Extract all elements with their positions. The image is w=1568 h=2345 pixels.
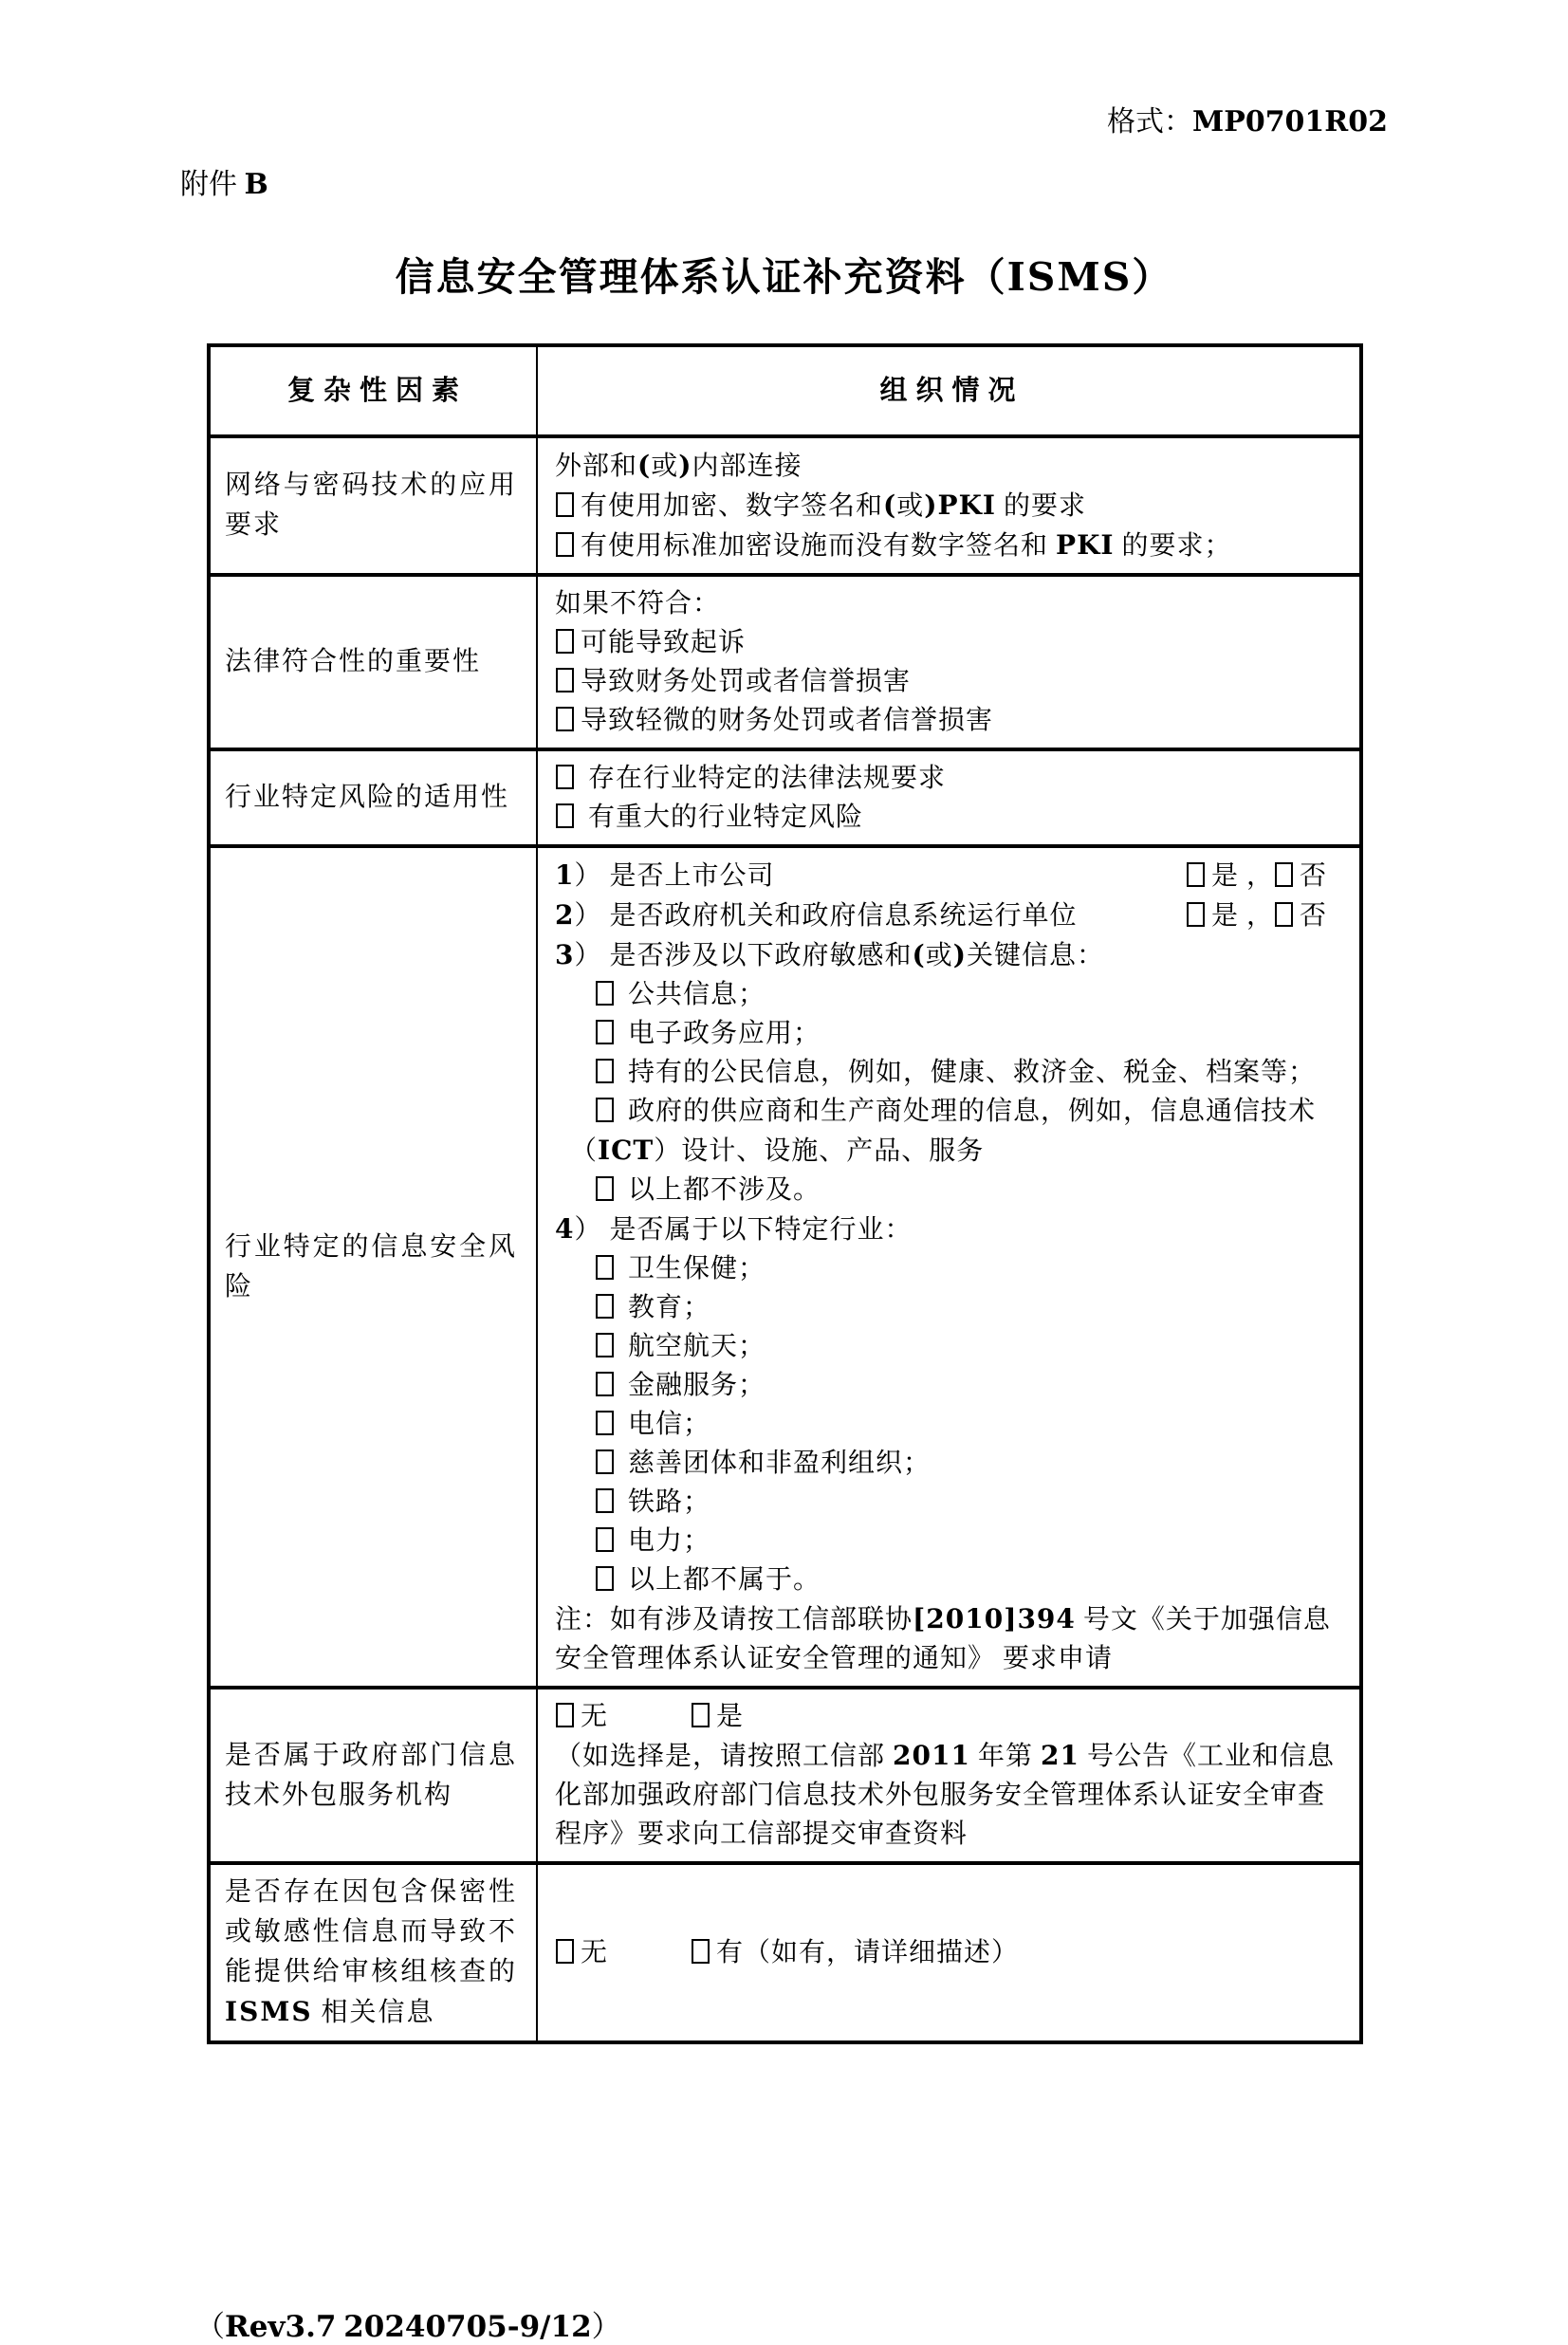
cell-line: 如果不符合： — [555, 584, 1340, 623]
table-row: 行业特定风险的适用性 存在行业特定的法律法规要求 有重大的行业特定风险 — [211, 748, 1359, 844]
table-header-row: 复杂性因素 组织情况 — [211, 347, 1359, 434]
line-text: 铁路； — [595, 1483, 710, 1522]
checkbox-icon — [1187, 902, 1205, 927]
factor-cell: 是否存在因包含保密性或敏感性信息而导致不能提供给审核组核查的 ISMS 相关信息 — [211, 1865, 538, 2040]
line-text: 有重大的行业特定风险 — [555, 798, 863, 837]
line-text: 慈善团体和非盈利组织； — [595, 1444, 931, 1483]
line-text: 无 有（如有，请详细描述） — [555, 1933, 1019, 1972]
checkbox-icon — [596, 981, 614, 1006]
checkbox-icon — [1275, 902, 1293, 927]
header-organization-situation: 组织情况 — [538, 347, 1359, 434]
line-text: 政府的供应商和生产商处理的信息，例如，信息通信技术 — [595, 1092, 1316, 1131]
factor-cell: 行业特定的信息安全风险 — [211, 848, 538, 1686]
yes-no-options: 是 ，否 — [1186, 857, 1340, 896]
cell-line: 铁路； — [555, 1483, 1340, 1522]
factor-cell: 网络与密码技术的应用要求 — [211, 438, 538, 573]
line-text: 金融服务； — [595, 1366, 766, 1405]
cell-line: 有使用标准加密设施而没有数字签名和 PKI 的要求； — [555, 526, 1340, 565]
factor-cell: 行业特定风险的适用性 — [211, 751, 538, 844]
cell-line: 1） 是否上市公司是 ，否 — [555, 856, 1340, 896]
checkbox-icon — [596, 1488, 614, 1513]
cell-line: 无 是 — [555, 1697, 1340, 1736]
factor-label: 是否属于政府部门信息技术外包服务机构 — [225, 1736, 517, 1816]
line-text: 有使用标准加密设施而没有数字签名和 PKI 的要求； — [555, 526, 1232, 565]
checkbox-icon — [556, 1703, 574, 1727]
checkbox-icon — [596, 1176, 614, 1201]
line-text: 4） 是否属于以下特定行业： — [555, 1209, 913, 1249]
header-complexity-factor: 复杂性因素 — [211, 347, 538, 434]
factor-label: 法律符合性的重要性 — [225, 642, 517, 682]
line-text: 电力； — [595, 1522, 710, 1560]
line-text: 1） 是否上市公司 — [555, 856, 775, 896]
cell-line: （如选择是，请按照工信部 2011 年第 21 号公告《工业和信息化部加强政府部… — [555, 1736, 1340, 1854]
checkbox-icon — [556, 803, 574, 828]
line-text: 电子政务应用； — [595, 1014, 821, 1053]
organization-cell: 如果不符合：可能导致起诉导致财务处罚或者信誉损害导致轻微的财务处罚或者信誉损害 — [538, 577, 1359, 748]
cell-line: 导致轻微的财务处罚或者信誉损害 — [555, 701, 1340, 740]
cell-line: 慈善团体和非盈利组织； — [555, 1444, 1340, 1483]
revision-footer: （Rev3.7 20240705-9/12） — [195, 2302, 1568, 2345]
line-text: 以上都不属于。 — [595, 1560, 821, 1599]
checkbox-icon — [596, 1059, 614, 1083]
cell-line: 持有的公民信息，例如，健康、救济金、税金、档案等； — [555, 1053, 1340, 1092]
cell-line: 航空航天； — [555, 1327, 1340, 1366]
checkbox-icon — [556, 492, 574, 517]
line-text: 可能导致起诉 — [555, 623, 746, 662]
checkbox-icon — [556, 629, 574, 654]
yes-no-options: 是 ，否 — [1186, 896, 1340, 935]
checkbox-icon — [1187, 862, 1205, 887]
factor-label: 网络与密码技术的应用要求 — [225, 466, 517, 545]
line-text: 无 是 — [555, 1697, 744, 1736]
factor-label: 行业特定风险的适用性 — [225, 778, 517, 818]
cell-line: 金融服务； — [555, 1366, 1340, 1405]
cell-line: 2） 是否政府机关和政府信息系统运行单位是 ，否 — [555, 896, 1340, 935]
checkbox-icon — [556, 707, 574, 731]
line-text: 导致财务处罚或者信誉损害 — [555, 662, 911, 701]
line-text: 有使用加密、数字签名和(或)PKI 的要求 — [555, 486, 1086, 526]
table-row: 是否存在因包含保密性或敏感性信息而导致不能提供给审核组核查的 ISMS 相关信息… — [211, 1861, 1359, 2040]
factor-cell: 是否属于政府部门信息技术外包服务机构 — [211, 1690, 538, 1861]
organization-cell: 外部和(或)内部连接有使用加密、数字签名和(或)PKI 的要求有使用标准加密设施… — [538, 438, 1359, 573]
checkbox-icon — [1275, 862, 1293, 887]
cell-line: 电信； — [555, 1405, 1340, 1444]
table-row: 网络与密码技术的应用要求外部和(或)内部连接有使用加密、数字签名和(或)PKI … — [211, 434, 1359, 573]
line-text: 如果不符合： — [555, 584, 720, 623]
checkbox-icon — [556, 668, 574, 692]
cell-line: 教育； — [555, 1288, 1340, 1327]
cell-line: 政府的供应商和生产商处理的信息，例如，信息通信技术 — [555, 1092, 1340, 1131]
header-label: 复杂性因素 — [211, 371, 536, 411]
cell-line: 公共信息； — [555, 975, 1340, 1014]
organization-cell: 存在行业特定的法律法规要求 有重大的行业特定风险 — [538, 751, 1359, 844]
table-row: 是否属于政府部门信息技术外包服务机构无 是（如选择是，请按照工信部 2011 年… — [211, 1686, 1359, 1861]
factor-cell: 法律符合性的重要性 — [211, 577, 538, 748]
organization-cell: 无 是（如选择是，请按照工信部 2011 年第 21 号公告《工业和信息化部加强… — [538, 1690, 1359, 1861]
cell-line: 可能导致起诉 — [555, 623, 1340, 662]
line-text: 以上都不涉及。 — [595, 1171, 821, 1209]
checkbox-icon — [596, 1294, 614, 1319]
isms-table: 复杂性因素 组织情况 网络与密码技术的应用要求外部和(或)内部连接有使用加密、数… — [207, 343, 1363, 2044]
checkbox-icon — [692, 1939, 710, 1964]
checkbox-icon — [692, 1703, 710, 1727]
checkbox-icon — [596, 1333, 614, 1357]
cell-line: 有使用加密、数字签名和(或)PKI 的要求 — [555, 486, 1340, 526]
line-text: 3） 是否涉及以下政府敏感和(或)关键信息： — [555, 935, 1104, 975]
checkbox-icon — [596, 1527, 614, 1552]
line-text: 公共信息； — [595, 975, 766, 1014]
organization-cell: 1） 是否上市公司是 ，否2） 是否政府机关和政府信息系统运行单位是 ，否3） … — [538, 848, 1359, 1686]
document-page: 格式：MP0701R02 附件 B 信息安全管理体系认证补充资料（ISMS） 复… — [0, 0, 1568, 2345]
checkbox-icon — [596, 1255, 614, 1280]
line-text: 外部和(或)内部连接 — [555, 446, 802, 486]
line-text: （如选择是，请按照工信部 2011 年第 21 号公告《工业和信息化部加强政府部… — [555, 1736, 1340, 1854]
checkbox-icon — [596, 1372, 614, 1396]
line-text: 航空航天； — [595, 1327, 766, 1366]
checkbox-icon — [556, 532, 574, 557]
organization-cell: 无 有（如有，请详细描述） — [538, 1865, 1359, 2040]
line-text: 导致轻微的财务处罚或者信誉损害 — [555, 701, 993, 740]
line-text: 2） 是否政府机关和政府信息系统运行单位 — [555, 896, 1078, 935]
attachment-label: 附件 B — [180, 160, 1568, 202]
line-text: （ICT）设计、设施、产品、服务 — [570, 1131, 984, 1171]
cell-line: 导致财务处罚或者信誉损害 — [555, 662, 1340, 701]
cell-line: 有重大的行业特定风险 — [555, 798, 1340, 837]
cell-line: 无 有（如有，请详细描述） — [555, 1933, 1340, 1972]
checkbox-icon — [556, 765, 574, 789]
line-text: 存在行业特定的法律法规要求 — [555, 759, 946, 798]
cell-line: 卫生保健； — [555, 1249, 1340, 1288]
line-text: 电信； — [595, 1405, 710, 1444]
cell-line: 电子政务应用； — [555, 1014, 1340, 1053]
cell-line: 以上都不涉及。 — [555, 1171, 1340, 1209]
checkbox-icon — [596, 1566, 614, 1591]
cell-line: 3） 是否涉及以下政府敏感和(或)关键信息： — [555, 935, 1340, 975]
checkbox-icon — [556, 1939, 574, 1964]
checkbox-icon — [596, 1020, 614, 1044]
cell-line: 电力； — [555, 1522, 1340, 1560]
line-text: 教育； — [595, 1288, 710, 1327]
cell-line: 注：如有涉及请按工信部联协[2010]394 号文《关于加强信息安全管理体系认证… — [555, 1599, 1340, 1678]
checkbox-icon — [596, 1411, 614, 1435]
cell-line: 外部和(或)内部连接 — [555, 446, 1340, 486]
cell-line: 存在行业特定的法律法规要求 — [555, 759, 1340, 798]
factor-label: 行业特定的信息安全风险 — [225, 1228, 517, 1307]
table-row: 法律符合性的重要性如果不符合：可能导致起诉导致财务处罚或者信誉损害导致轻微的财务… — [211, 573, 1359, 748]
line-text: 注：如有涉及请按工信部联协[2010]394 号文《关于加强信息安全管理体系认证… — [555, 1599, 1340, 1678]
cell-line: 以上都不属于。 — [555, 1560, 1340, 1599]
checkbox-icon — [596, 1449, 614, 1474]
factor-label: 是否存在因包含保密性或敏感性信息而导致不能提供给审核组核查的 ISMS 相关信息 — [225, 1873, 517, 2033]
table-row: 行业特定的信息安全风险1） 是否上市公司是 ，否2） 是否政府机关和政府信息系统… — [211, 844, 1359, 1686]
checkbox-icon — [596, 1098, 614, 1122]
line-text: 卫生保健； — [595, 1249, 766, 1288]
cell-line: （ICT）设计、设施、产品、服务 — [555, 1131, 1340, 1171]
line-text: 持有的公民信息，例如，健康、救济金、税金、档案等； — [595, 1053, 1316, 1092]
format-code: 格式：MP0701R02 — [0, 0, 1388, 139]
cell-line: 4） 是否属于以下特定行业： — [555, 1209, 1340, 1249]
page-title: 信息安全管理体系认证补充资料（ISMS） — [0, 246, 1568, 302]
